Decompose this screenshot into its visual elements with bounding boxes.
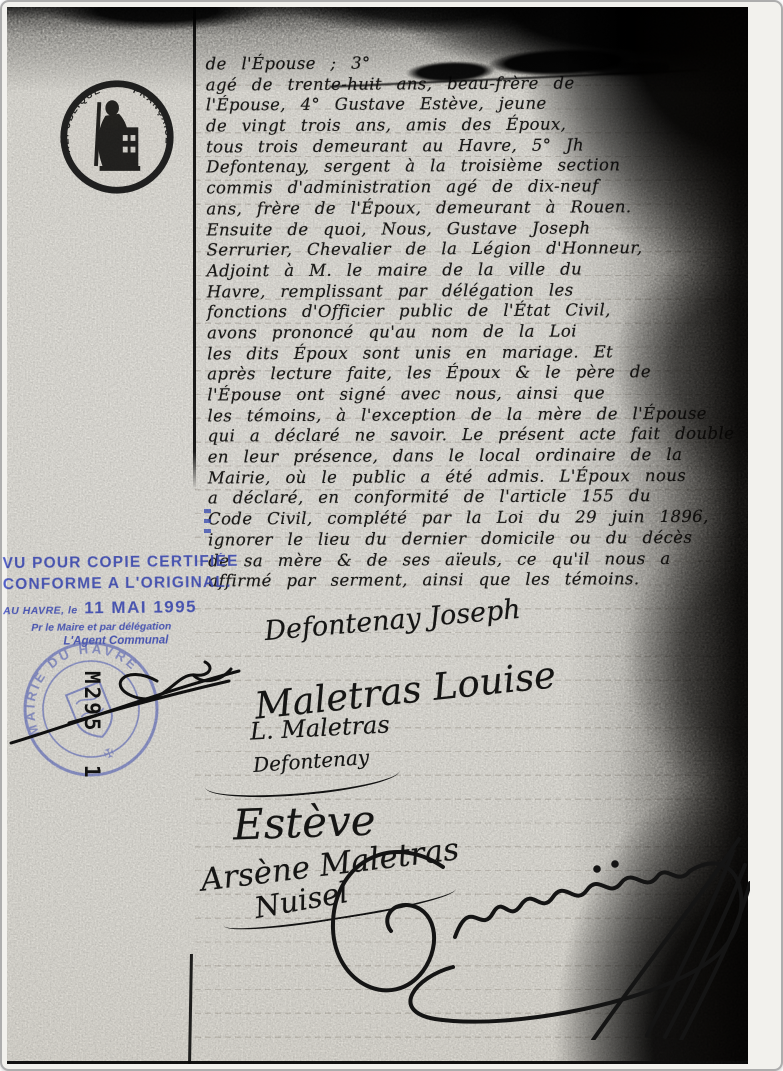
republique-francaise-seal-icon: RÉPUBLIQUE FRANÇAISE (57, 77, 177, 197)
blue-ink-specks (204, 509, 211, 535)
handwritten-line: commis d'administration agé de dix-neuf (206, 176, 751, 200)
handwritten-line: tous trois demeurant au Havre, 5° Jh (206, 134, 751, 158)
handwritten-line: l'Épouse, 4° Gustave Estève, jeune (206, 93, 751, 117)
reference-code: M295 1 (78, 671, 104, 813)
stamp-line-certifiee: VU POUR COPIE CERTIFIÉE (3, 551, 233, 574)
handwritten-line: les dits Époux sont unis en mariage. Et (207, 341, 752, 365)
signature-defontenay-joseph: Defontenay Joseph (263, 594, 522, 647)
stamp-line-conforme: CONFORME A L'ORIGINAL. (3, 572, 233, 595)
signature-l-maletras: L. Maletras (249, 710, 390, 745)
handwritten-line: Ensuite de quoi, Nous, Gustave Joseph (206, 217, 751, 241)
handwritten-line: les témoins, à l'exception de la mère de… (207, 403, 752, 427)
signature-g-serrurier: G. Serrurier (295, 835, 750, 1040)
fold-crease-bottom (188, 954, 192, 1064)
document-page: RÉPUBLIQUE FRANÇAISE de l'Épouse ; 3°agé… (7, 7, 748, 1064)
handwritten-line: de sa mère & de ses aïeuls, ce qu'il nou… (208, 548, 753, 572)
handwritten-line: Defontenay, sergent à la troisième secti… (206, 155, 751, 179)
handwritten-line1-tail: , j (702, 51, 718, 71)
handwritten-text-block: de l'Épouse ; 3°agé de trente-huit ans, … (206, 52, 754, 593)
handwritten-line: après lecture faite, les Époux & le père… (207, 362, 752, 386)
handwritten-line: Mairie, où le public a été admis. L'Épou… (208, 465, 753, 489)
signature-officer-scribble: G. Serrurier (7, 635, 245, 750)
handwritten-line: Serrurier, Chevalier de la Légion d'Honn… (207, 238, 752, 262)
handwritten-line: affirmé par serment, ainsi que les témoi… (208, 569, 753, 593)
handwritten-line: ans, frère de l'Époux, demeurant à Rouen… (206, 196, 751, 220)
handwritten-line: qui a déclaré ne savoir. Le présent acte… (208, 424, 753, 448)
handwritten-line: Havre, remplissant par délégation les (207, 279, 752, 303)
stamp-place-prefix: AU HAVRE, le (3, 604, 78, 617)
handwritten-line: de vingt trois ans, amis des Époux, (206, 114, 751, 138)
fold-crease-top (193, 7, 196, 490)
handwritten-line: avons prononcé qu'au nom de la Loi (207, 321, 752, 345)
handwritten-line: fonctions d'Officier public de l'État Ci… (207, 300, 752, 324)
handwritten-line: ignorer le lieu du dernier domicile ou d… (208, 527, 753, 551)
stamp-date: 11 MAI 1995 (84, 597, 197, 617)
handwritten-line: Adjoint à M. le maire de la ville du (207, 258, 752, 282)
handwritten-line: a déclaré, en conformité de l'article 15… (208, 486, 753, 510)
handwritten-line: Code Civil, complété par la Loi du 29 ju… (208, 507, 753, 531)
handwritten-line: l'Épouse ont signé avec nous, ainsi que (207, 383, 752, 407)
scanned-document-frame: RÉPUBLIQUE FRANÇAISE de l'Épouse ; 3°agé… (0, 0, 783, 1071)
handwritten-line: en leur présence, dans le local ordinair… (208, 445, 753, 469)
